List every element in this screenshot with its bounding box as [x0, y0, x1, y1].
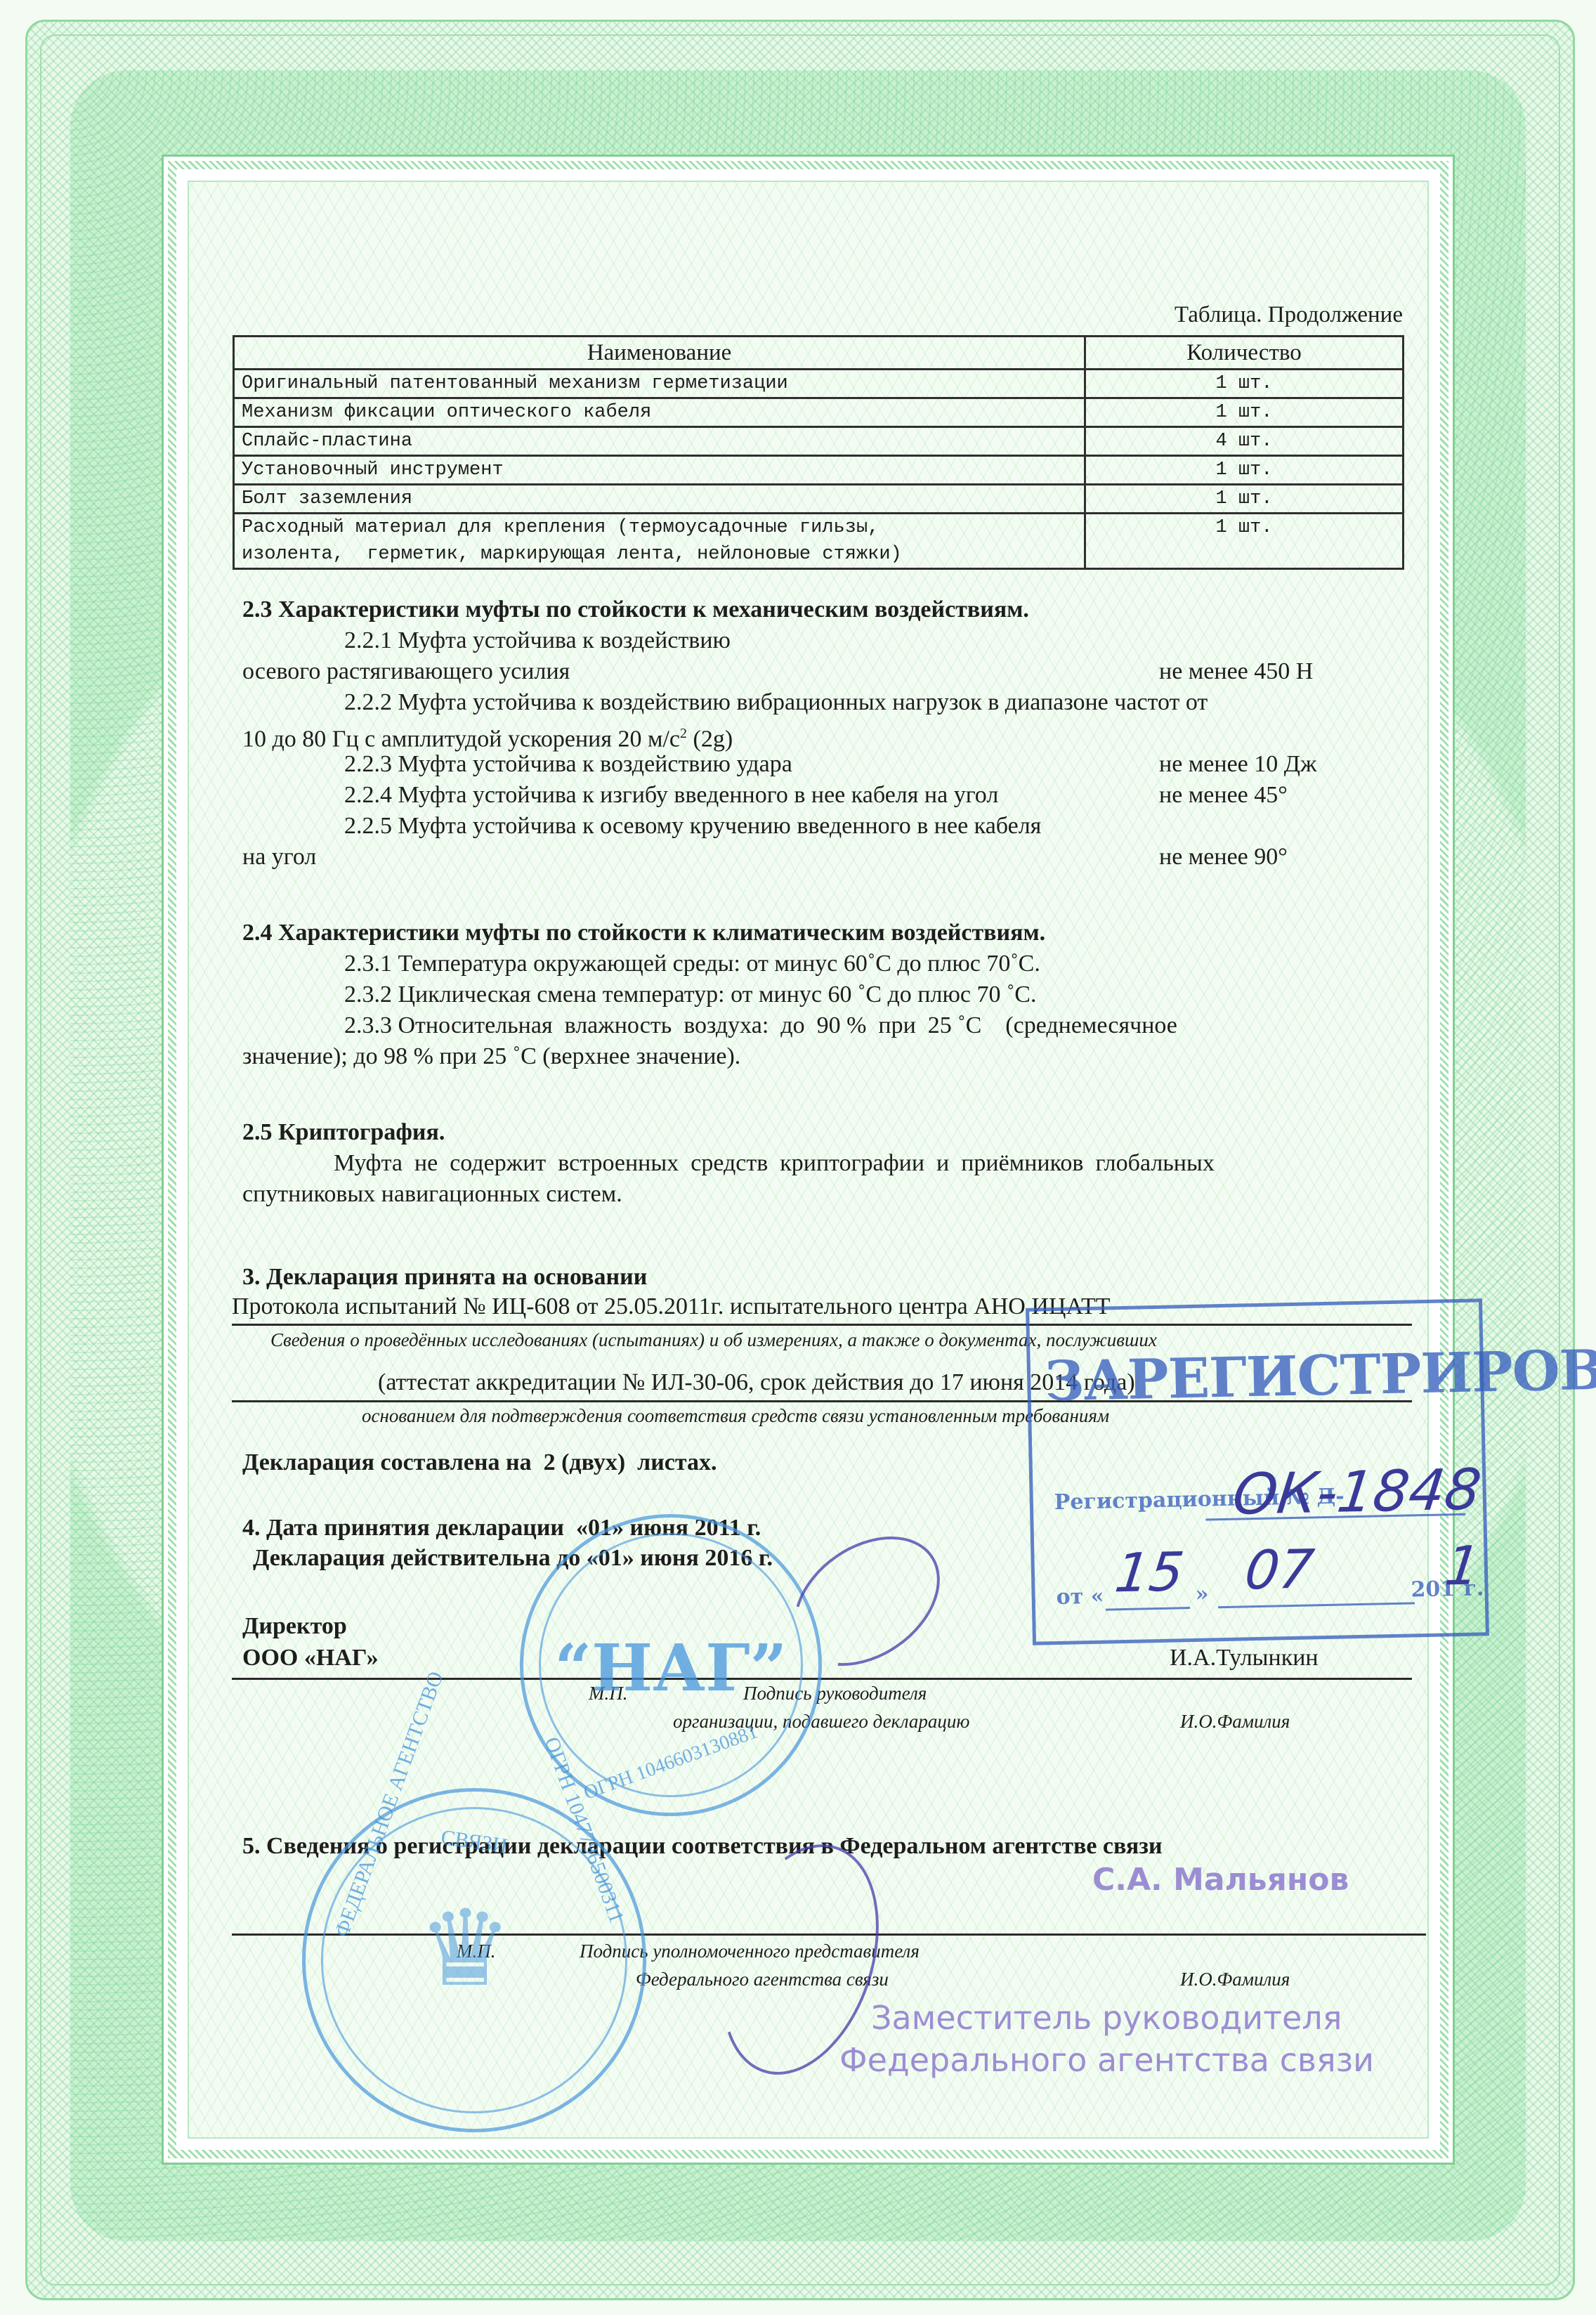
registered-stamp-title: ЗАРЕГИСТРИРОВАНО — [1044, 1335, 1596, 1414]
clause-2-2-3-value: не менее 10 Дж — [1159, 750, 1316, 778]
table-row: Установочный инструмент1 шт. — [234, 456, 1404, 485]
accreditation-certificate: (аттестат аккредитации № ИЛ-30-06, срок … — [378, 1369, 1135, 1397]
item-qty: 1 шт. — [1085, 456, 1404, 485]
table-row: Оригинальный патентованный механизм герм… — [234, 370, 1404, 398]
registration-month: 07 — [1242, 1537, 1317, 1601]
clause-2-3-1: 2.3.1 Температура окружающей среды: от м… — [344, 950, 1040, 978]
official-title-stamp: Заместитель руководителя — [871, 1999, 1342, 2037]
item-name: Болт заземления — [234, 485, 1085, 514]
hint-documents: Сведения о проведённых исследованиях (ис… — [270, 1329, 1157, 1351]
registration-day: 15 — [1112, 1540, 1187, 1604]
signer-name: И.А.Тулынкин — [1170, 1644, 1319, 1672]
section-2-3-heading: 2.3 Характеристики муфты по стойкости к … — [242, 596, 1029, 624]
clause-2-3-2: 2.3.2 Циклическая смена температур: от м… — [344, 981, 1036, 1009]
column-header-quantity: Количество — [1085, 337, 1404, 370]
clause-2-2-1-value: не менее 450 Н — [1159, 658, 1313, 686]
clause-2-2-5-cont: на угол — [242, 843, 316, 871]
signature-line — [232, 1678, 1412, 1680]
registration-date-prefix: от « — [1056, 1584, 1104, 1610]
clause-2-2-1-cont: осевого растягивающего усилия — [242, 658, 570, 686]
clause-2-2-5-value: не менее 90° — [1159, 843, 1288, 871]
registration-stamp: ЗАРЕГИСТРИРОВАНО Регистрационный № Д- ОК… — [1026, 1298, 1489, 1645]
underline — [1106, 1607, 1190, 1611]
section-2-5-heading: 2.5 Криптография. — [242, 1119, 445, 1147]
item-name: Расходный материал для крепления (термоу… — [234, 514, 1085, 569]
underline — [1218, 1602, 1415, 1608]
table-row: Болт заземления1 шт. — [234, 485, 1404, 514]
table-row: Расходный материал для крепления (термоу… — [234, 514, 1404, 569]
hint-basis: основанием для подтверждения соответстви… — [362, 1405, 1109, 1427]
item-name: Оригинальный патентованный механизм герм… — [234, 370, 1085, 398]
components-table: Наименование Количество Оригинальный пат… — [233, 335, 1404, 570]
clause-2-2-1: 2.2.1 Муфта устойчива к воздействию — [344, 627, 731, 655]
clause-2-2-2-cont: 10 до 80 Гц с амплитудой ускорения 20 м/… — [242, 719, 733, 753]
clause-2-2-4: 2.2.4 Муфта устойчива к изгибу введенног… — [344, 781, 998, 809]
clause-2-3-3-cont: значение); до 98 % при 25 ˚С (верхнее зн… — [242, 1043, 740, 1071]
table-row: Сплайс-пластина4 шт. — [234, 427, 1404, 456]
table-caption: Таблица. Продолжение — [1175, 302, 1403, 328]
item-qty: 4 шт. — [1085, 427, 1404, 456]
coat-of-arms-icon: ♛ — [418, 1897, 512, 2002]
clause-2-2-2: 2.2.2 Муфта устойчива к воздействию вибр… — [344, 689, 1208, 717]
clause-2-2-5: 2.2.5 Муфта устойчива к осевому кручению… — [344, 812, 1041, 840]
registration-date-mid: » — [1195, 1582, 1208, 1607]
section-3-heading: 3. Декларация принята на основании — [242, 1263, 647, 1291]
item-name: Механизм фиксации оптического кабеля — [234, 398, 1085, 427]
name-hint: И.О.Фамилия — [1180, 1969, 1290, 1990]
item-qty: 1 шт. — [1085, 485, 1404, 514]
agency-seal: СВЯЗИ ФЕДЕРАЛЬНОЕ АГЕНТСТВО ♛ ОГРН 10477… — [302, 1788, 646, 2132]
table-row: Механизм фиксации оптического кабеля1 шт… — [234, 398, 1404, 427]
signer-position: Директор — [242, 1612, 347, 1641]
official-title-stamp-cont: Федерального агентства связи — [839, 2041, 1374, 2079]
item-qty: 1 шт. — [1085, 514, 1404, 569]
item-qty: 1 шт. — [1085, 370, 1404, 398]
protocol-reference: Протокола испытаний № ИЦ-608 от 25.05.20… — [232, 1293, 1111, 1321]
signer-organization: ООО «НАГ» — [242, 1644, 379, 1672]
name-hint: И.О.Фамилия — [1180, 1711, 1290, 1733]
clause-2-2-3: 2.2.3 Муфта устойчива к воздействию удар… — [344, 750, 792, 778]
registration-year-suffix: г. — [1463, 1576, 1484, 1601]
clause-2-3-3: 2.3.3 Относительная влажность воздуха: д… — [344, 1012, 1177, 1040]
crypto-text: Муфта не содержит встроенных средств кри… — [334, 1149, 1215, 1178]
clause-2-2-4-value: не менее 45° — [1159, 781, 1288, 809]
company-seal-name: “НАГ” — [523, 1630, 818, 1706]
item-name: Сплайс-пластина — [234, 427, 1085, 456]
registration-number: ОК-1848 — [1229, 1456, 1484, 1527]
sheets-count: Декларация составлена на 2 (двух) листах… — [242, 1449, 717, 1477]
item-name: Установочный инструмент — [234, 456, 1085, 485]
official-name-stamp: С.А. Мальянов — [1092, 1862, 1349, 1898]
crypto-text-cont: спутниковых навигационных систем. — [242, 1180, 622, 1208]
section-2-4-heading: 2.4 Характеристики муфты по стойкости к … — [242, 919, 1045, 947]
column-header-name: Наименование — [234, 337, 1085, 370]
item-qty: 1 шт. — [1085, 398, 1404, 427]
